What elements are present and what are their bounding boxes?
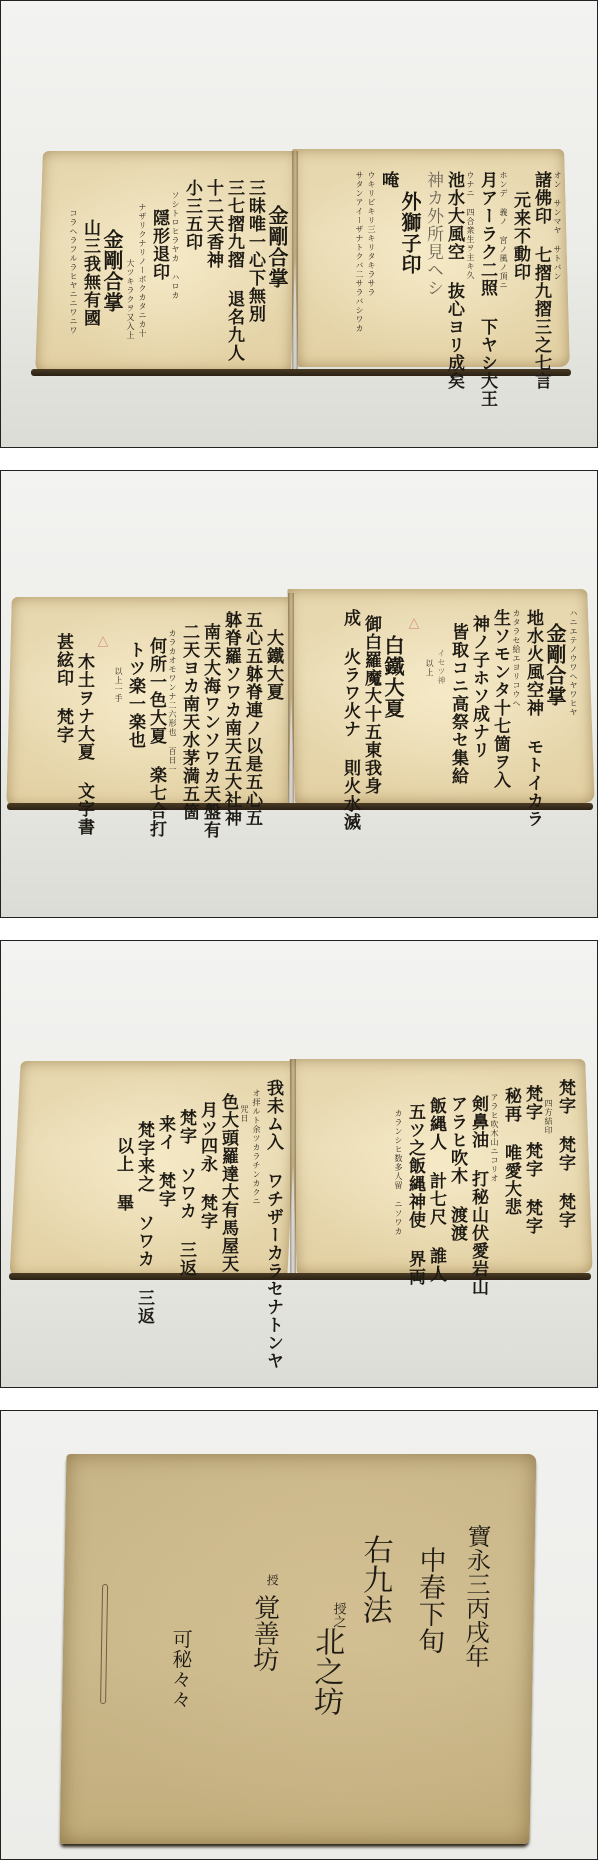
binding-thread-mark [100, 1584, 108, 1704]
text-column: 隠形退印 [150, 209, 167, 281]
text-column: アラヒ吹木 渡渡 [448, 1095, 465, 1242]
right-page-text: ハニエテノウワヘヤワヒヤ 金剛合掌 地水火風空神 モトイカラ カタラセ給エヨリコ… [341, 609, 577, 799]
photo-open-spread-2: ハニエテノウワヘヤワヒヤ 金剛合掌 地水火風空神 モトイカラ カタラセ給エヨリコ… [0, 470, 598, 918]
text-column: サタンアイーザナトクバ二サラバシワカ [355, 171, 363, 333]
text-column: 南天大海ワンソワカ天盤有 [201, 623, 218, 839]
triangle-mark-icon: △ [407, 615, 421, 632]
text-column: 三七摺九摺 退名九人 [225, 179, 242, 362]
book-cover: 寶永三丙戌年 中春下旬 右九法 授之 北之坊 授 覚善坊 可秘々々 [60, 1454, 537, 1844]
text-column: 小三五印 [183, 179, 200, 251]
text-column: 元来不動印 [511, 191, 528, 281]
text-column: 成 火ラワ火ナ 則火水滅 [341, 609, 358, 831]
text-column: 御白羅魔大十五東我身 [362, 615, 379, 795]
triangle-mark-icon: △ [96, 633, 110, 650]
text-column: 剣鼻油 打秘山伏愛岩山 [469, 1095, 486, 1296]
text-heading: 金剛合掌 [102, 229, 122, 313]
text-column: カタラセ給エヨリコウヘ [512, 609, 520, 708]
left-page-text: 我未ム入 ワチザーカラセナトンヤ オ拝ルト余ツカラチンカクニ 咒日 色大頭羅達大… [114, 1079, 281, 1269]
text-heading: 白鐵大夏 [383, 635, 403, 719]
text-column: 梵字来之 ソワカ 三返 [135, 1121, 152, 1325]
text-column: 山三我無有國 [81, 219, 98, 327]
text-column: 甚絃印 梵字 [54, 633, 71, 744]
photo-open-spread-1: オン サンマヤ サトバン 諸佛印 七摺九摺三之七言 元来不動印 ホンデ 義ノ 宮… [0, 0, 598, 448]
text-column: 躰脊羅ソワカ南天五大社神 [222, 611, 239, 827]
text-column: ソシトロヒラヤカ ハロカ [171, 191, 179, 300]
text-column: 四方結印 [544, 1099, 552, 1135]
text-column: 以上一手 [114, 667, 122, 703]
text-column: 以上 [425, 659, 433, 677]
cover-prefix: 授 [266, 1574, 278, 1586]
text-column: 五ツ之飯縄神使 界両 [406, 1103, 423, 1286]
right-page-text: 梵字 梵字 梵字 四方結印 梵字 梵字 梵字 秘再 唯愛大悲 アラヒ吹木山ニコリ… [394, 1079, 573, 1269]
cover-secret-note: 可秘々々 [170, 1629, 191, 1709]
text-column: 唵 [379, 171, 396, 189]
text-column: コラヘラフルラヒヤニニワニワ [69, 209, 77, 335]
text-column: カランシヒ数多人留 ニソワカ [394, 1109, 402, 1236]
text-column: 諸佛印 七摺九摺三之七言 [532, 171, 549, 390]
text-column: 来イ 梵字 [156, 1115, 173, 1208]
right-page-text: オン サンマヤ サトバン 諸佛印 七摺九摺三之七言 元来不動印 ホンデ 義ノ 宮… [355, 171, 561, 361]
text-column: ウキリビキリ三キリタキラサラ [367, 171, 375, 297]
text-column: 二天ヨカ南天水茅満五箇 [180, 623, 197, 821]
cover-season: 中春下旬 [415, 1546, 444, 1654]
text-column: ハニエテノウワヘヤワヒヤ [569, 609, 577, 717]
left-page-text: 大鐵大夏 五心五躰脊連ノ以是五心五 躰脊羅ソワカ南天五大社神 南天大海ワンソワカ… [54, 611, 281, 801]
text-heading: 外獅子印 [400, 191, 420, 275]
text-column: 神カ外所見ヘシ [424, 171, 441, 297]
text-column: ホンデ 義ノ 宮ノ風ノ頂ニ [499, 171, 507, 290]
photo-front-cover: 寶永三丙戌年 中春下旬 右九法 授之 北之坊 授 覚善坊 可秘々々 [0, 1410, 598, 1860]
text-column: 何所一色大夏 楽七合打 [147, 637, 164, 838]
open-book: ハニエテノウワヘヤワヒヤ 金剛合掌 地水火風空神 モトイカラ カタラセ給エヨリコ… [1, 471, 598, 918]
cover-temple-2: 覚善坊 [251, 1594, 278, 1672]
book-gutter [290, 1059, 296, 1275]
text-column: 大ツキラクヲ又入上 [126, 259, 134, 340]
text-heading: 金剛合掌 [545, 623, 565, 707]
text-column: ナザリクナリノーボクカタニカ十 [138, 203, 146, 338]
photo-open-spread-3: 梵字 梵字 梵字 四方結印 梵字 梵字 梵字 秘再 唯愛大悲 アラヒ吹木山ニコリ… [0, 940, 598, 1388]
text-heading: 大鐵大夏 [264, 629, 281, 701]
cover-title: 右九法 [358, 1534, 390, 1624]
cover-by-mark: 授之 [331, 1602, 344, 1628]
open-book: オン サンマヤ サトバン 諸佛印 七摺九摺三之七言 元来不動印 ホンデ 義ノ 宮… [1, 1, 598, 448]
text-column: 以上 畢 [114, 1137, 131, 1212]
cover-date: 寶永三丙戌年 [463, 1524, 490, 1668]
text-column: 飯縄人 計七尺 誰人 [427, 1097, 444, 1283]
left-page-text: 金剛合掌 三昧唯一心下無別 三七摺九摺 退名九人 十二天香神 小三五印 ソシトロ… [69, 179, 287, 369]
text-column: 色大頭羅達大有馬屋天 [219, 1093, 236, 1273]
text-column: 我未ム入 ワチザーカラセナトンヤ [264, 1079, 281, 1370]
text-column: 咒日 [240, 1105, 248, 1123]
cover-temple-1: 北之坊 [310, 1626, 342, 1716]
text-column: 十二天香神 [204, 179, 221, 269]
text-column: 皆取コニ高祭セ集給 [449, 623, 466, 785]
text-column: 池水大風空 抜心ヨリ成矣 [445, 171, 462, 390]
text-heading: 金剛合掌 [267, 205, 287, 289]
book-bottom-edge [7, 803, 593, 810]
text-column: 梵字 梵字 梵字 [556, 1079, 573, 1229]
text-column: トツ楽一楽也 [126, 641, 143, 749]
book-bottom-edge [9, 1273, 591, 1280]
book-gutter [288, 593, 294, 805]
text-column: 三昧唯一心下無別 [246, 179, 263, 323]
text-column: オ拝ルト余ツカラチンカクニ [252, 1089, 260, 1206]
text-column: 神ノ子ホソ成ナリ [470, 615, 487, 759]
text-column: 秘再 唯愛大悲 [502, 1087, 519, 1216]
text-column: オン サンマヤ サトバン [553, 171, 561, 281]
text-column: ウナニ 四合衆生ヲ主キ久 [466, 171, 474, 280]
text-column: 五心五躰脊連ノ以是五心五 [243, 611, 260, 827]
text-column: 木土ヲナ大夏 文字書 [75, 653, 92, 836]
text-column: 梵字 梵字 梵字 [523, 1085, 540, 1235]
text-column: アラヒ吹木山ニコリオ [490, 1093, 498, 1183]
text-column: 生ソモンタ十七箇ヲ入 [491, 609, 508, 789]
text-column: 月アーラク二照 下ヤシ大王 [478, 171, 495, 408]
open-book: 梵字 梵字 梵字 四方結印 梵字 梵字 梵字 秘再 唯愛大悲 アラヒ吹木山ニコリ… [1, 941, 598, 1388]
text-column: カラカオモワンナ二六形也 百日一 [168, 629, 176, 774]
text-column: 月ツ四永 梵字 [198, 1101, 215, 1230]
text-column: イセツ神 [437, 649, 445, 685]
text-column: 梵字 ソワカ 三返 [177, 1109, 194, 1277]
book-gutter [292, 151, 298, 369]
text-column: 地水火風空神 モトイカラ [524, 609, 541, 828]
